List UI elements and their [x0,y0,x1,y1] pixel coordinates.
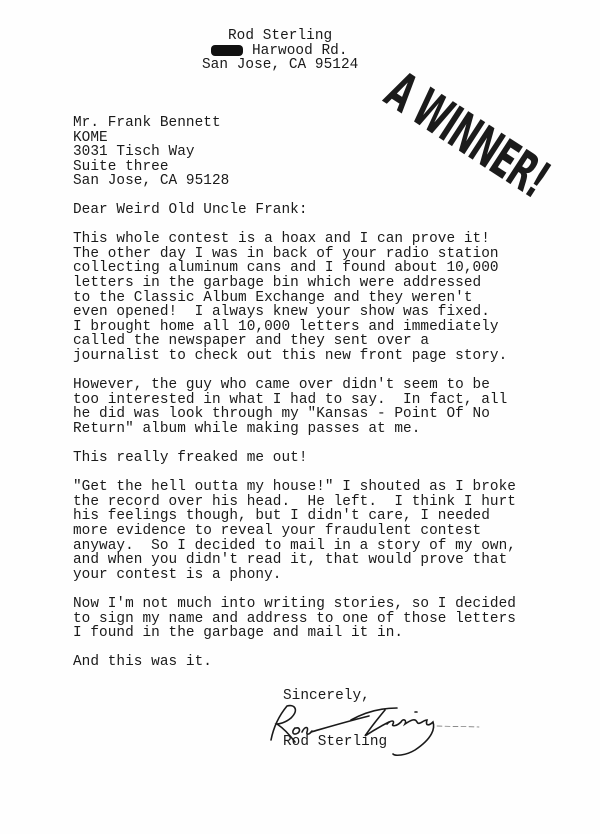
return-address: Rod Sterling Harwood Rd. San Jose, CA 95… [202,29,358,73]
body-line: the record over his head. He left. I thi… [73,495,516,510]
recipient-line: Suite three [73,160,229,175]
body-line: more evidence to reveal your fraudulent … [73,524,516,539]
recipient-line: San Jose, CA 95128 [73,174,229,189]
paragraph-gap [73,437,516,452]
body-line: even opened! I always knew your show was… [73,305,516,320]
body-line: The other day I was in back of your radi… [73,247,516,262]
body-line: anyway. So I decided to mail in a story … [73,539,516,554]
body-line: your contest is a phony. [73,568,516,583]
sender-city-line: San Jose, CA 95124 [202,58,358,73]
body-line: called the newspaper and they sent over … [73,334,516,349]
paragraph-gap [73,582,516,597]
body-line: journalist to check out this new front p… [73,349,516,364]
letter-page: Rod Sterling Harwood Rd. San Jose, CA 95… [0,0,600,834]
recipient-line: Mr. Frank Bennett [73,116,229,131]
sender-street-name: Harwood Rd. [252,44,348,59]
body-line: letters in the garbage bin which were ad… [73,276,516,291]
recipient-line: 3031 Tisch Way [73,145,229,160]
body-line: "Get the hell outta my house!" I shouted… [73,480,516,495]
body-line: I found in the garbage and mail it in. [73,626,516,641]
printed-name: Rod Sterling [283,735,387,750]
body-line: to the Classic Album Exchange and they w… [73,291,516,306]
body-line: to sign my name and address to one of th… [73,612,516,627]
letter-body: Dear Weird Old Uncle Frank: This whole c… [73,203,516,670]
redacted-house-number [211,45,243,56]
body-line: Now I'm not much into writing stories, s… [73,597,516,612]
paragraph-gap [73,641,516,656]
body-line: his feelings though, but I didn't care, … [73,509,516,524]
recipient-line: KOME [73,131,229,146]
paragraph-gap [73,466,516,481]
body-line: too interested in what I had to say. In … [73,393,516,408]
recipient-address: Mr. Frank Bennett KOME 3031 Tisch Way Su… [73,116,229,189]
body-line: collecting aluminum cans and I found abo… [73,261,516,276]
body-line: And this was it. [73,655,516,670]
salutation: Dear Weird Old Uncle Frank: [73,203,516,218]
body-line: and when you didn't read it, that would … [73,553,516,568]
body-line: However, the guy who came over didn't se… [73,378,516,393]
paragraph-gap [73,364,516,379]
body-line: I brought home all 10,000 letters and im… [73,320,516,335]
body-line: Return" album while making passes at me. [73,422,516,437]
sender-name: Rod Sterling [202,29,358,44]
sender-street: Harwood Rd. [202,44,358,59]
body-line: This really freaked me out! [73,451,516,466]
body-line: he did was look through my "Kansas - Poi… [73,407,516,422]
body-line: This whole contest is a hoax and I can p… [73,232,516,247]
winner-stamp: A WINNER! [375,60,559,209]
paragraphs: This whole contest is a hoax and I can p… [73,232,516,670]
